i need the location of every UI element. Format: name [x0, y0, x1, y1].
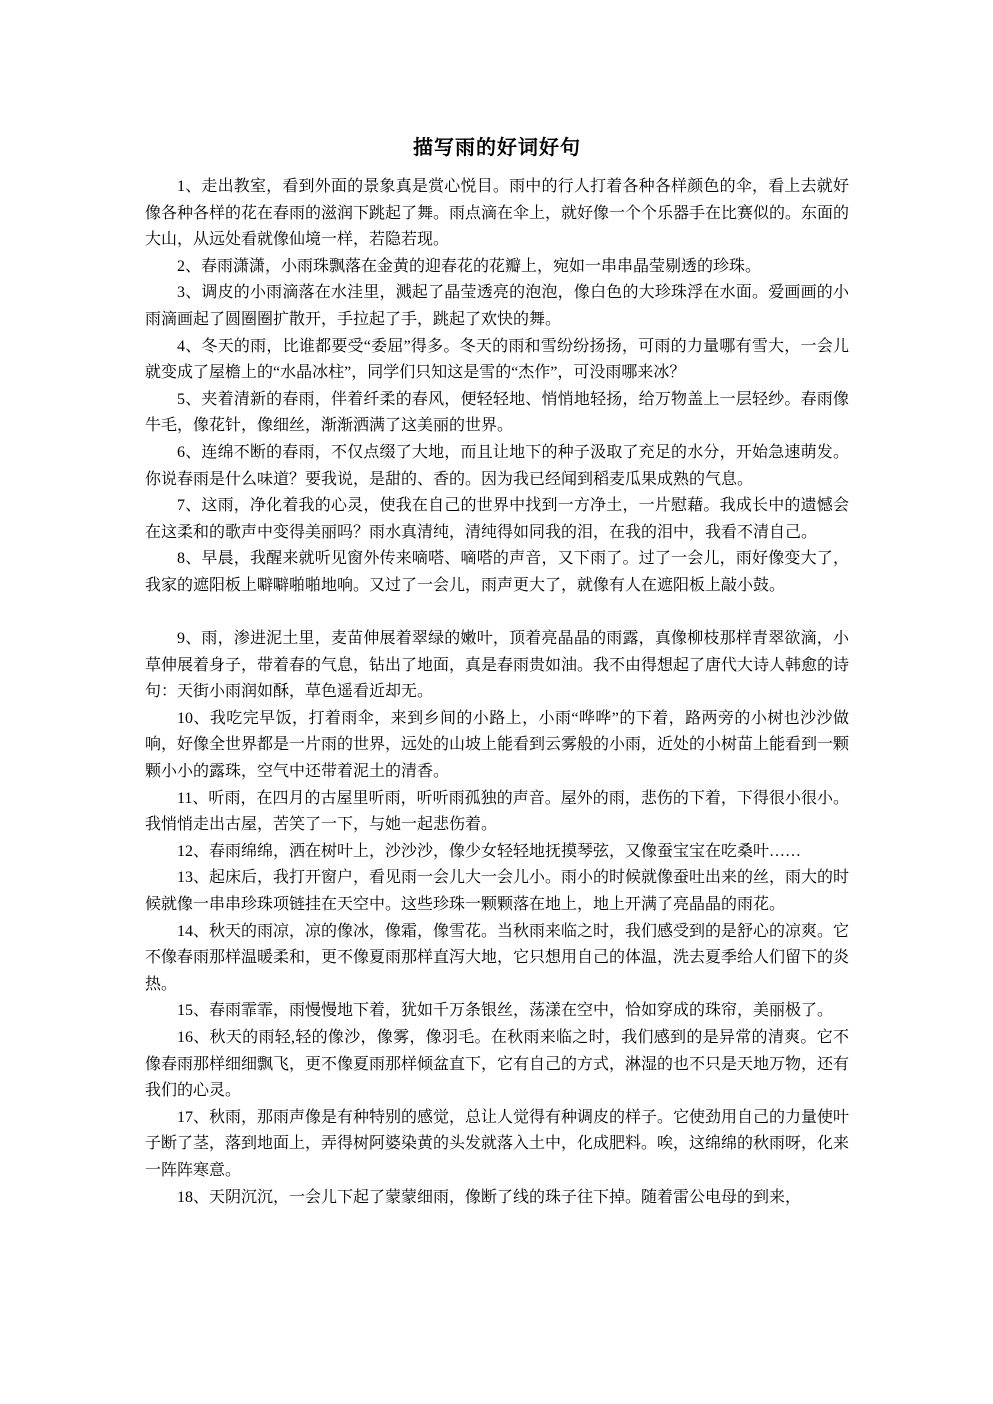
paragraph: 13、起床后，我打开窗户，看见雨一会儿大一会儿小。雨小的时候就像蚕吐出来的丝，雨…	[145, 865, 849, 918]
paragraph: 5、夹着清新的春雨，伴着纤柔的春风，便轻轻地、悄悄地轻扬，给万物盖上一层轻纱。春…	[145, 387, 849, 440]
paragraph: 11、听雨，在四月的古屋里听雨，听听雨孤独的声音。屋外的雨，悲伤的下着，下得很小…	[145, 786, 849, 839]
paragraph: 4、冬天的雨，比谁都要受“委屈”得多。冬天的雨和雪纷纷扬扬，可雨的力量哪有雪大，…	[145, 334, 849, 387]
paragraph: 7、这雨，净化着我的心灵，使我在自己的世界中找到一方净土，一片慰藉。我成长中的遗…	[145, 493, 849, 546]
paragraph: 10、我吃完早饭，打着雨伞，来到乡间的小路上，小雨“哗哗”的下着，路两旁的小树也…	[145, 706, 849, 786]
paragraph: 14、秋天的雨凉，凉的像冰，像霜，像雪花。当秋雨来临之时，我们感受到的是舒心的凉…	[145, 919, 849, 999]
document-page: 描写雨的好词好句 1、走出教室，看到外面的景象真是赏心悦目。雨中的行人打着各种各…	[0, 0, 993, 1404]
document-title: 描写雨的好词好句	[145, 134, 849, 162]
paragraph: 6、连绵不断的春雨，不仅点缀了大地，而且让地下的种子汲取了充足的水分，开始急速萌…	[145, 440, 849, 493]
paragraph: 8、早晨，我醒来就听见窗外传来嘀嗒、嘀嗒的声音，又下雨了。过了一会儿，雨好像变大…	[145, 546, 849, 599]
paragraph: 17、秋雨，那雨声像是有种特别的感觉，总让人觉得有种调皮的样子。它使劲用自己的力…	[145, 1105, 849, 1185]
paragraph: 16、秋天的雨轻,轻的像沙，像雾，像羽毛。在秋雨来临之时，我们感到的是异常的清爽…	[145, 1025, 849, 1105]
paragraph: 2、春雨潇潇，小雨珠飘落在金黄的迎春花的花瓣上，宛如一串串晶莹剔透的珍珠。	[145, 254, 849, 281]
paragraph: 15、春雨霏霏，雨慢慢地下着，犹如千万条银丝，荡漾在空中，恰如穿成的珠帘，美丽极…	[145, 998, 849, 1025]
paragraph: 1、走出教室，看到外面的景象真是赏心悦目。雨中的行人打着各种各样颜色的伞，看上去…	[145, 174, 849, 254]
paragraph: 12、春雨绵绵，洒在树叶上，沙沙沙，像少女轻轻地抚摸琴弦，又像蚕宝宝在吃桑叶……	[145, 839, 849, 866]
paragraph: 18、天阴沉沉，一会儿下起了蒙蒙细雨，像断了线的珠子往下掉。随着雷公电母的到来，	[145, 1185, 849, 1212]
paragraph: 3、调皮的小雨滴落在水洼里，溅起了晶莹透亮的泡泡，像白色的大珍珠浮在水面。爱画画…	[145, 280, 849, 333]
paragraph-list: 1、走出教室，看到外面的景象真是赏心悦目。雨中的行人打着各种各样颜色的伞，看上去…	[145, 174, 849, 1211]
paragraph: 9、雨，渗进泥土里，麦苗伸展着翠绿的嫩叶，顶着亮晶晶的雨露，真像柳枝那样青翠欲滴…	[145, 626, 849, 706]
